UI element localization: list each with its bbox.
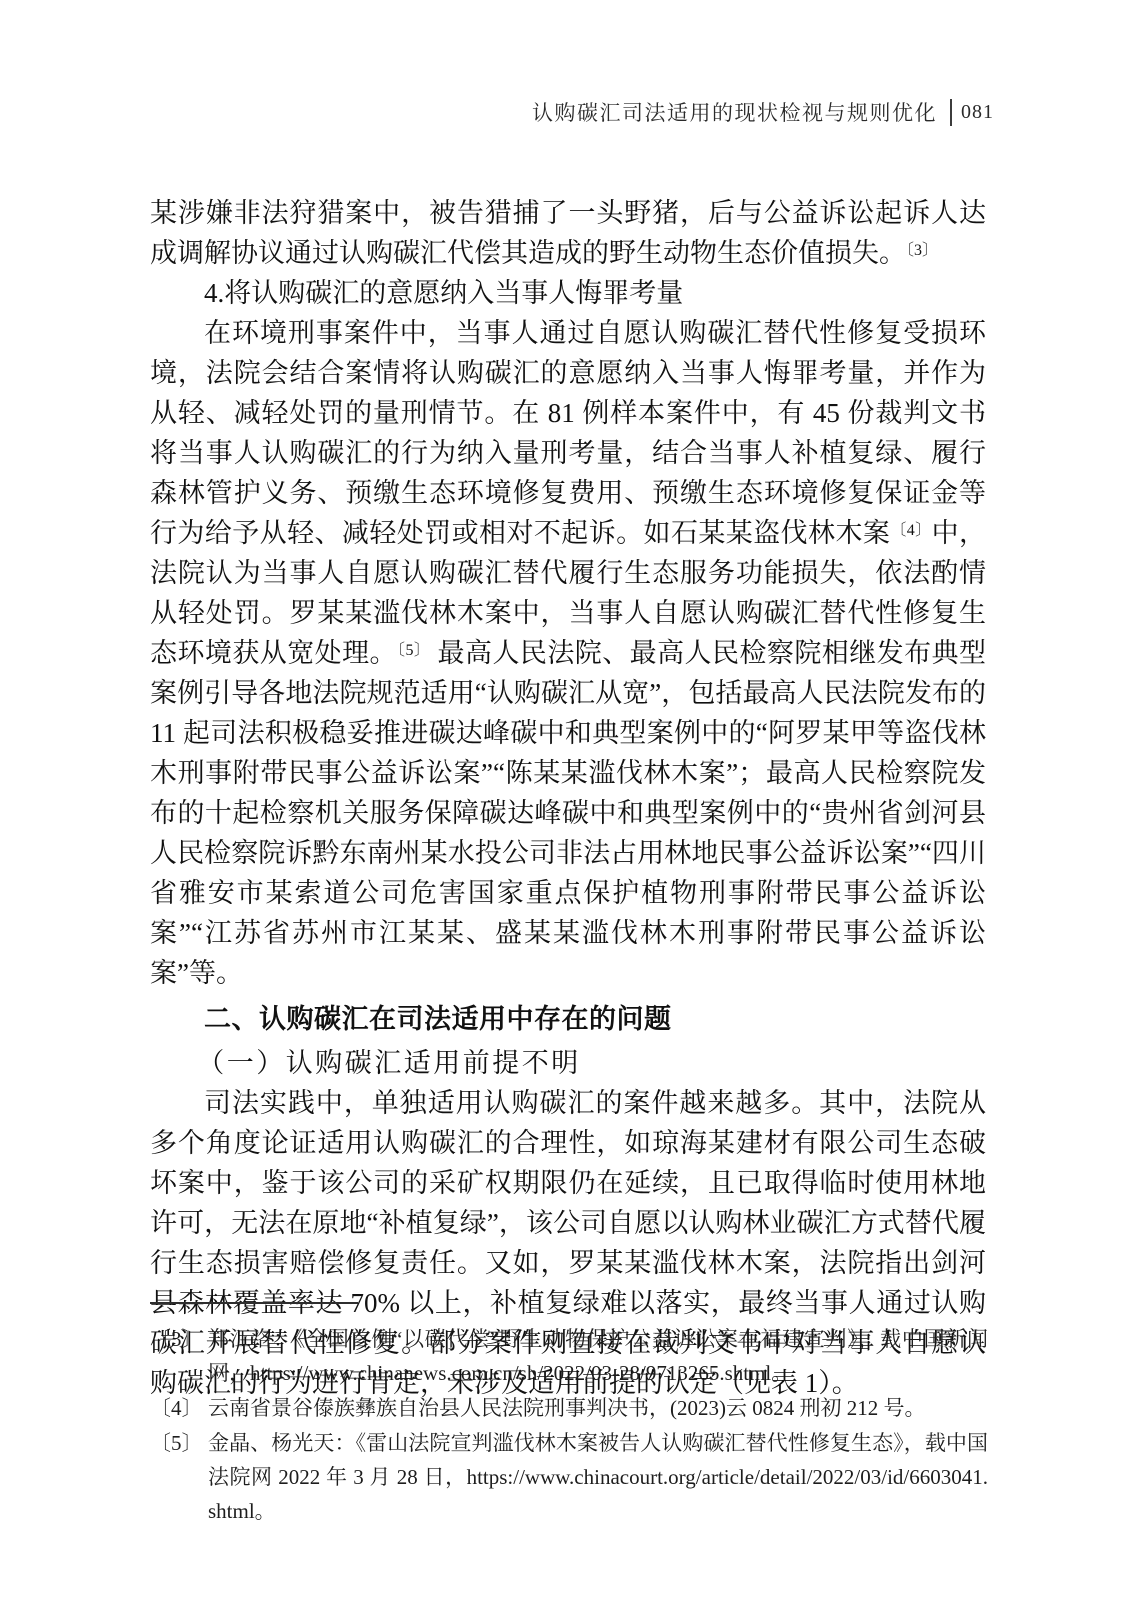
footnote-text: 郑江洛：《全国首例“以碳代偿”野生动物保护公益诉讼案在福建宣判》，载中国新闻网，… bbox=[208, 1322, 988, 1390]
paragraph-continuation: 某涉嫌非法狩猎案中，被告猎捕了一头野猪，后与公益诉讼起诉人达成调解协议通过认购碳… bbox=[150, 193, 986, 273]
footnotes-section: 〔3〕 郑江洛：《全国首例“以碳代偿”野生动物保护公益诉讼案在福建宣判》，载中国… bbox=[150, 1322, 988, 1529]
section-heading: 二、认购碳汇在司法适用中存在的问题 bbox=[150, 999, 986, 1039]
paragraph-text: 在环境刑事案件中，当事人通过自愿认购碳汇替代性修复受损环境，法院会结合案情将认购… bbox=[150, 318, 986, 548]
footnote-text: 云南省景谷傣族彝族自治县人民法院刑事判决书，(2023)云 0824 刑初 21… bbox=[208, 1391, 988, 1425]
subsection-heading: （一）认购碳汇适用前提不明 bbox=[150, 1043, 986, 1083]
footnote-marker: 〔5〕 bbox=[150, 1426, 208, 1528]
footnote-ref-3: 〔3〕 bbox=[906, 242, 938, 259]
numbered-point-heading: 4.将认购碳汇的意愿纳入当事人悔罪考量 bbox=[150, 273, 986, 313]
footnote-ref-4: 〔4〕 bbox=[890, 522, 931, 539]
footnote-separator-rule bbox=[150, 1302, 358, 1304]
article-body: 某涉嫌非法狩猎案中，被告猎捕了一头野猪，后与公益诉讼起诉人达成调解协议通过认购碳… bbox=[150, 193, 986, 1403]
running-header: 认购碳汇司法适用的现状检视与规则优化 081 bbox=[532, 97, 994, 127]
running-header-title: 认购碳汇司法适用的现状检视与规则优化 bbox=[532, 97, 937, 127]
footnote-text: 金晶、杨光天：《雷山法院宣判滥伐林木案被告人认购碳汇替代性修复生态》，载中国法院… bbox=[208, 1426, 988, 1528]
paragraph-text: 最高人民法院、最高人民检察院相继发布典型案例引导各地法院规范适用“认购碳汇从宽”… bbox=[150, 638, 986, 988]
page-number: 081 bbox=[961, 101, 994, 124]
paragraph-text: 某涉嫌非法狩猎案中，被告猎捕了一头野猪，后与公益诉讼起诉人达成调解协议通过认购碳… bbox=[150, 198, 986, 268]
footnote: 〔3〕 郑江洛：《全国首例“以碳代偿”野生动物保护公益诉讼案在福建宣判》，载中国… bbox=[150, 1322, 988, 1390]
paragraph: 在环境刑事案件中，当事人通过自愿认购碳汇替代性修复受损环境，法院会结合案情将认购… bbox=[150, 313, 986, 993]
header-divider-line bbox=[950, 99, 952, 126]
footnote-marker: 〔4〕 bbox=[150, 1391, 208, 1425]
footnote-marker: 〔3〕 bbox=[150, 1322, 208, 1390]
document-page: 认购碳汇司法适用的现状检视与规则优化 081 某涉嫌非法狩猎案中，被告猎捕了一头… bbox=[0, 0, 1125, 1600]
footnote-ref-5: 〔5〕 bbox=[397, 642, 430, 659]
footnote: 〔5〕 金晶、杨光天：《雷山法院宣判滥伐林木案被告人认购碳汇替代性修复生态》，载… bbox=[150, 1426, 988, 1528]
footnote: 〔4〕 云南省景谷傣族彝族自治县人民法院刑事判决书，(2023)云 0824 刑… bbox=[150, 1391, 988, 1425]
